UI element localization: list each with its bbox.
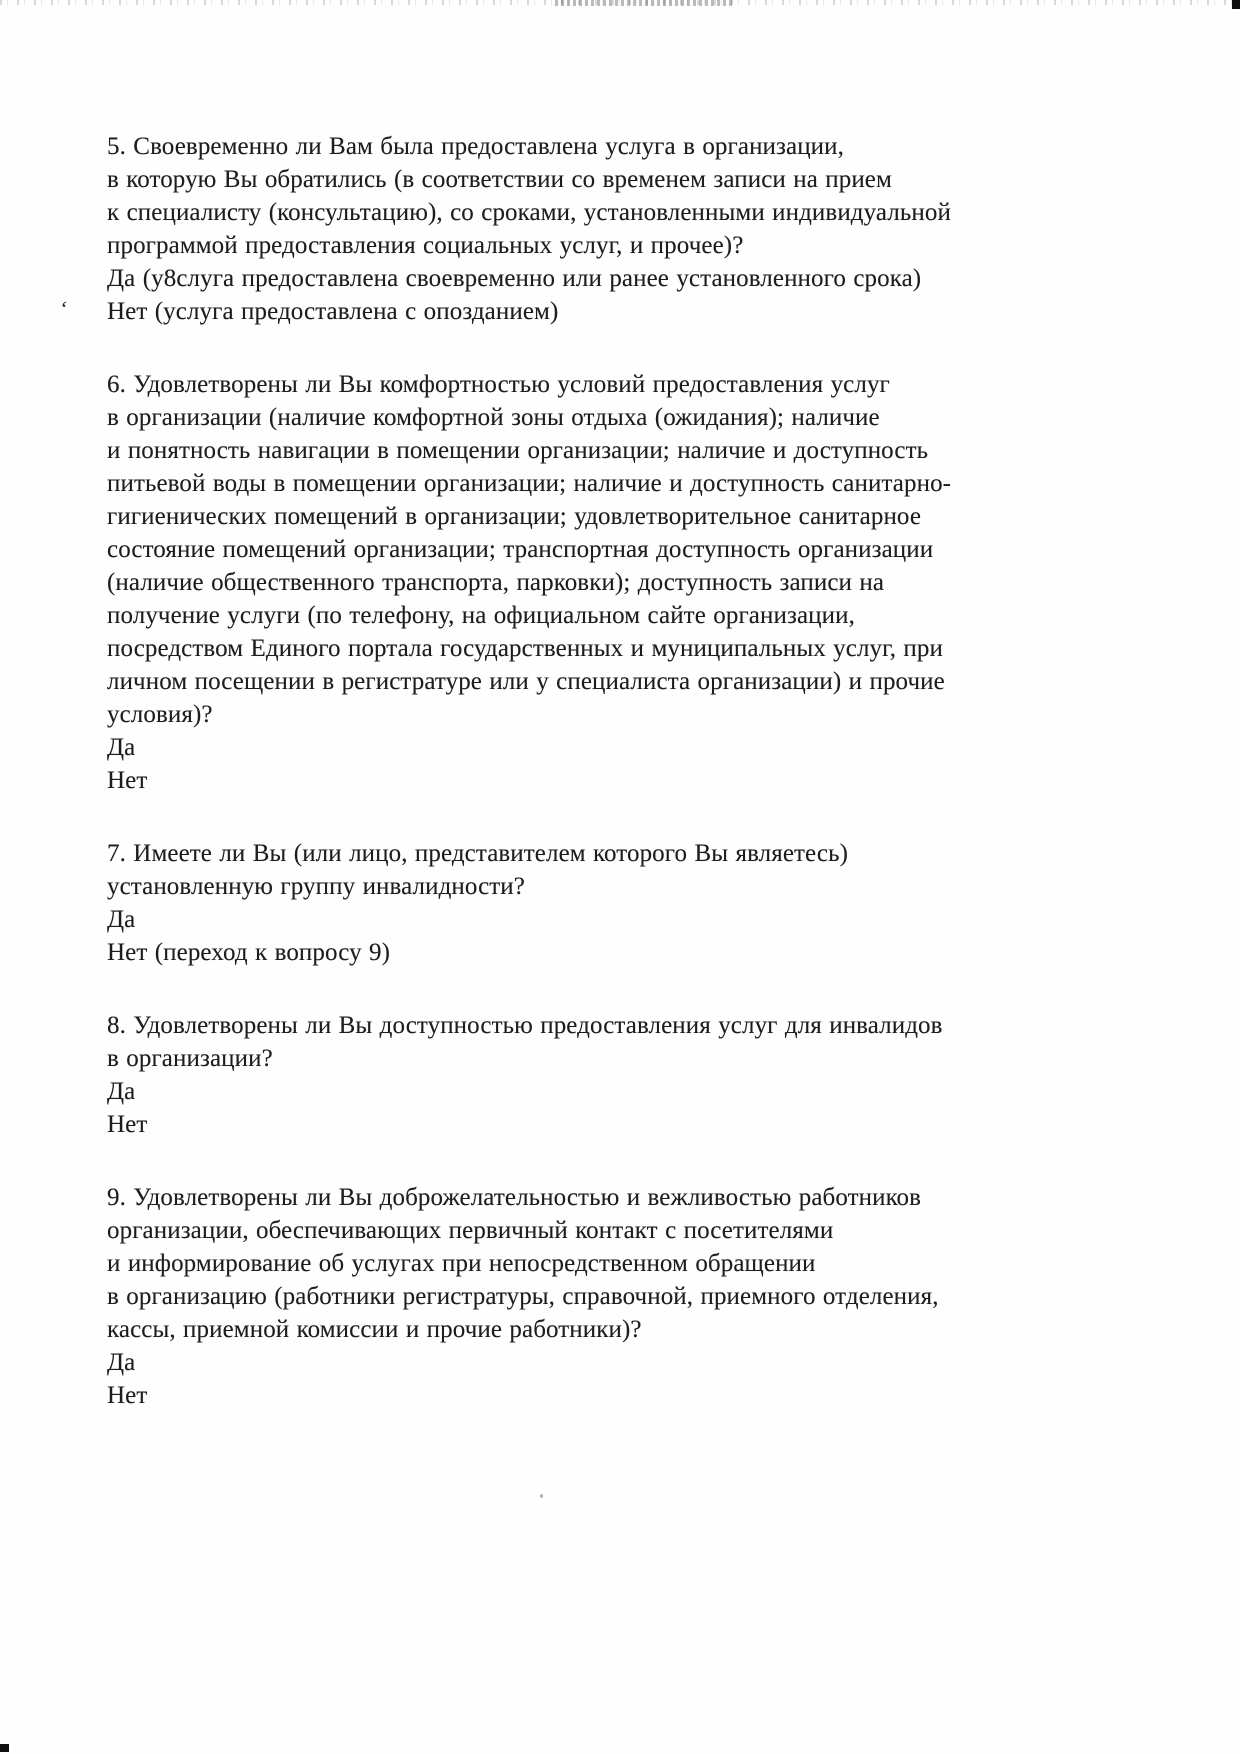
question-block-5: 5. Своевременно ли Вам была предоставлен… — [107, 130, 1072, 328]
question-line: личном посещении в регистратуре или у сп… — [107, 668, 945, 695]
question-line: условия)? — [107, 701, 213, 728]
scan-artifact-top-right-corner — [1232, 0, 1240, 9]
question-line: 5. Своевременно ли Вам была предоставлен… — [107, 133, 844, 160]
question-line: Да — [107, 734, 135, 761]
question-line: состояние помещений организации; транспо… — [107, 536, 933, 563]
question-line: организации, обеспечивающих первичный ко… — [107, 1217, 833, 1244]
scan-artifact-stray-dot — [540, 1494, 543, 1498]
question-line: Да — [107, 1078, 135, 1105]
question-line: 8. Удовлетворены ли Вы доступностью пред… — [107, 1012, 943, 1039]
question-line: в организации? — [107, 1045, 273, 1072]
question-line: гигиенических помещений в организации; у… — [107, 503, 921, 530]
question-line: и информирование об услугах при непосред… — [107, 1250, 816, 1277]
question-line: Да — [107, 906, 135, 933]
scanned-document-page: ‘ 5. Своевременно ли Вам была предоставл… — [0, 0, 1240, 1754]
question-line: Нет — [107, 1382, 147, 1409]
scan-artifact-bottom-left-corner — [0, 1744, 9, 1752]
question-line: 6. Удовлетворены ли Вы комфортностью усл… — [107, 371, 890, 398]
question-line: в организацию (работники регистратуры, с… — [107, 1283, 939, 1310]
scan-artifact-top-edge-dense — [555, 0, 735, 6]
question-block-8: 8. Удовлетворены ли Вы доступностью пред… — [107, 1009, 1072, 1141]
question-line: Да (у8слуга предоставлена своевременно и… — [107, 265, 921, 292]
question-line: Нет — [107, 1111, 147, 1138]
question-block-6: 6. Удовлетворены ли Вы комфортностью усл… — [107, 368, 1072, 797]
question-line: в которую Вы обратились (в соответствии … — [107, 166, 892, 193]
question-line: программой предоставления социальных усл… — [107, 232, 743, 259]
question-line: 7. Имеете ли Вы (или лицо, представителе… — [107, 840, 848, 867]
question-line: Нет (услуга предоставлена с опозданием) — [107, 298, 558, 325]
question-line: к специалисту (консультацию), со сроками… — [107, 199, 951, 226]
question-line: Нет — [107, 767, 147, 794]
question-line: получение услуги (по телефону, на официа… — [107, 602, 855, 629]
question-line: посредством Единого портала государствен… — [107, 635, 943, 662]
question-line: в организации (наличие комфортной зоны о… — [107, 404, 880, 431]
scan-artifact-margin-mark: ‘ — [58, 296, 69, 323]
question-line: Да — [107, 1349, 135, 1376]
question-line: 9. Удовлетворены ли Вы доброжелательност… — [107, 1184, 921, 1211]
question-line: (наличие общественного транспорта, парко… — [107, 569, 884, 596]
question-line: установленную группу инвалидности? — [107, 873, 525, 900]
questionnaire-text-column: 5. Своевременно ли Вам была предоставлен… — [107, 130, 1072, 1452]
question-block-7: 7. Имеете ли Вы (или лицо, представителе… — [107, 837, 1072, 969]
question-line: и понятность навигации в помещении орган… — [107, 437, 928, 464]
question-line: Нет (переход к вопросу 9) — [107, 939, 390, 966]
question-block-9: 9. Удовлетворены ли Вы доброжелательност… — [107, 1181, 1072, 1412]
question-line: кассы, приемной комиссии и прочие работн… — [107, 1316, 642, 1343]
question-line: питьевой воды в помещении организации; н… — [107, 470, 951, 497]
